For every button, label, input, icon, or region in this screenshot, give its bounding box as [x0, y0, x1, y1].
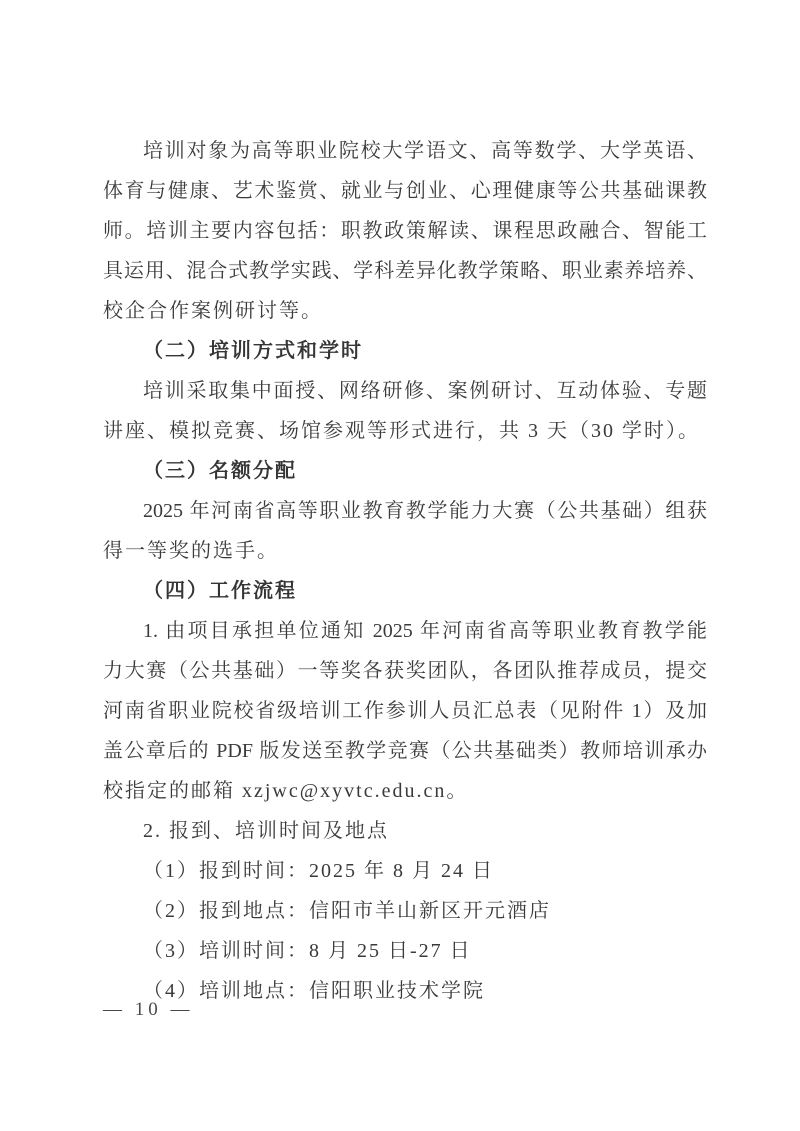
- paragraph-line: 2025 年河南省高等职业教育教学能力大赛（公共基础）组获: [103, 491, 707, 531]
- paragraph-line: 师。培训主要内容包括：职教政策解读、课程思政融合、智能工: [103, 211, 707, 251]
- list-item-checkin-time: （1）报到时间：2025 年 8 月 24 日: [103, 851, 707, 891]
- paragraph-line: 盖公章后的 PDF 版发送至教学竞赛（公共基础类）教师培训承办: [103, 731, 707, 771]
- paragraph-line-email: 校指定的邮箱 xzjwc@xyvtc.edu.cn。: [103, 771, 707, 811]
- list-item-training-time: （3）培训时间：8 月 25 日-27 日: [103, 931, 707, 971]
- section-heading-method: （二）培训方式和学时: [103, 331, 707, 371]
- section-heading-workflow: （四）工作流程: [103, 571, 707, 611]
- paragraph-line: 力大赛（公共基础）一等奖各获奖团队，各团队推荐成员，提交: [103, 651, 707, 691]
- paragraph-line: 得一等奖的选手。: [103, 531, 707, 571]
- document-body: 培训对象为高等职业院校大学语文、高等数学、大学英语、 体育与健康、艺术鉴赏、就业…: [103, 131, 707, 1011]
- paragraph-line: 河南省职业院校省级培训工作参训人员汇总表（见附件 1）及加: [103, 691, 707, 731]
- section-heading-quota: （三）名额分配: [103, 451, 707, 491]
- paragraph-line: 具运用、混合式教学实践、学科差异化教学策略、职业素养培养、: [103, 251, 707, 291]
- paragraph-line: 体育与健康、艺术鉴赏、就业与创业、心理健康等公共基础课教: [103, 171, 707, 211]
- paragraph-line: 培训对象为高等职业院校大学语文、高等数学、大学英语、: [103, 131, 707, 171]
- page-number: — 10 —: [103, 996, 194, 1024]
- paragraph-line: 讲座、模拟竞赛、场馆参观等形式进行，共 3 天（30 学时）。: [103, 411, 707, 451]
- paragraph-line: 校企合作案例研讨等。: [103, 291, 707, 331]
- workflow-step2-title: 2. 报到、培训时间及地点: [103, 811, 707, 851]
- list-item-checkin-place: （2）报到地点：信阳市羊山新区开元酒店: [103, 891, 707, 931]
- paragraph-line: 培训采取集中面授、网络研修、案例研讨、互动体验、专题: [103, 371, 707, 411]
- paragraph-line: 1. 由项目承担单位通知 2025 年河南省高等职业教育教学能: [103, 611, 707, 651]
- document-page: 培训对象为高等职业院校大学语文、高等数学、大学英语、 体育与健康、艺术鉴赏、就业…: [0, 0, 800, 1131]
